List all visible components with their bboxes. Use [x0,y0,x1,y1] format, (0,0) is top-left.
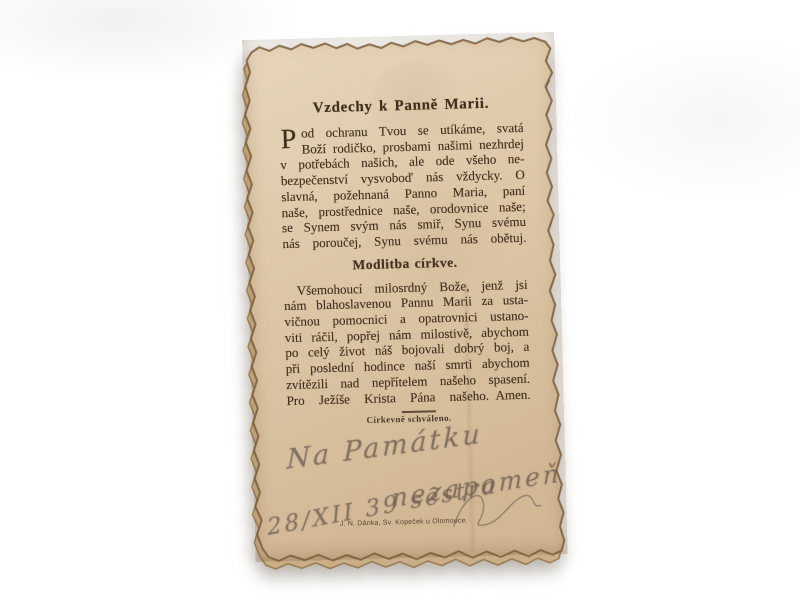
section-heading: Modlitba církve. [283,252,527,274]
dropcap-initial: P [279,126,301,153]
approval-note: Církevně schváleno. [287,411,531,428]
signature-scribble [447,479,549,552]
holy-card: Vzdechy k Panně Marii. Pod ochranu Tvou … [239,29,571,572]
prayer-opening: Pod ochranu Tvou se utíkáme, svatá Boží … [279,120,526,252]
card-content: Vzdechy k Panně Marii. Pod ochranu Tvou … [239,29,571,565]
prayer-church: Všemohoucí milosrdný Bože, jenž jsi nám … [283,276,530,408]
card-title: Vzdechy k Panně Marii. [279,94,523,118]
prayer-opening-text: od ochranu Tvou se utíkáme, svatá Boží r… [280,120,526,251]
scan-background: Vzdechy k Panně Marii. Pod ochranu Tvou … [0,0,800,600]
